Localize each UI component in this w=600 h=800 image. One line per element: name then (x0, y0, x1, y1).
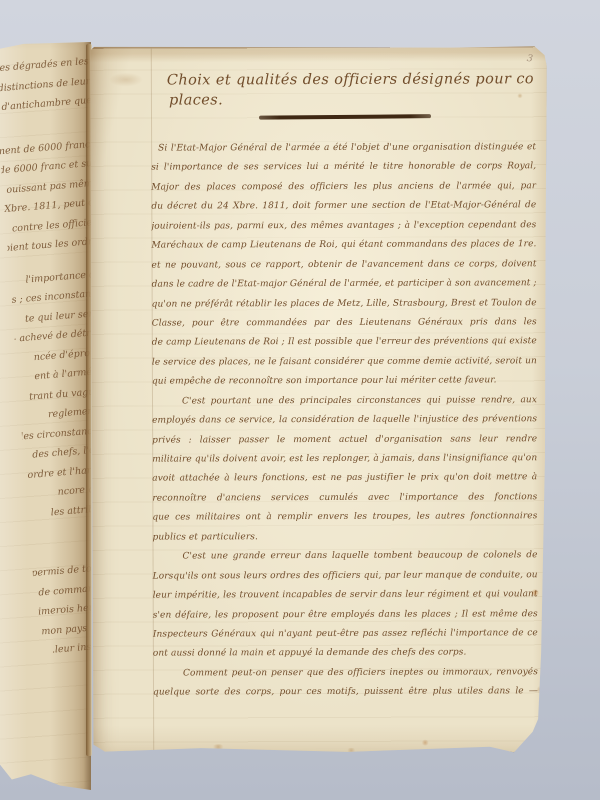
foxing-stain (537, 685, 544, 694)
paragraph: Comment peut-on penser que des officiers… (153, 663, 538, 703)
chapter-title-line-1: Choix et qualités des officiers désignés… (151, 69, 533, 91)
handwritten-line: Inspecteurs Généraux qui n'ayant peut-êt… (153, 624, 538, 645)
manuscript-photo: les dégradés en lesdistinctions de leuré… (0, 0, 600, 800)
handwritten-line: Maréchaux de camp Lieutenans de Roi, qui… (151, 235, 536, 256)
foxing-stain (211, 744, 225, 749)
foxing-stain (109, 73, 143, 87)
handwritten-line: leur impéritie, les trouvent incapables … (153, 585, 538, 606)
handwritten-line: le service des places, ne le faisant con… (152, 352, 537, 373)
handwritten-line: du décret du 24 Xbre. 1811, doit former … (151, 197, 536, 218)
facing-page-sliver: les dégradés en lesdistinctions de leuré… (0, 42, 91, 790)
handwritten-line: si l'importance de ses services lui a mé… (151, 158, 536, 179)
handwritten-line: reconnoître d'anciens services cumulés a… (152, 488, 537, 509)
handwritten-line: ont aussi donné la main et appuyé la dem… (153, 644, 538, 665)
handwritten-line: Classe, pour être commandées par des Lie… (152, 313, 537, 334)
page-number: 3 (526, 53, 533, 65)
handwritten-line: qui empêche de reconnoître son importanc… (152, 371, 537, 392)
manuscript-page: 3 Choix et qualités des officiers désign… (89, 45, 549, 754)
handwritten-line: militaire qu'ils doivent avoir, est les … (152, 449, 537, 470)
chapter-title-line-2: places. (151, 90, 533, 110)
left-fragment-block: les dégradés en lesdistinctions de leuré… (0, 52, 93, 118)
foxing-stain (421, 740, 429, 746)
paragraph: C'est une grande erreur dans laquelle to… (153, 546, 538, 664)
handwritten-line: que ces militaires ont à remplir envers … (152, 508, 537, 529)
handwritten-line: et ne pouvant, sous ce rapport, obtenir … (151, 255, 536, 276)
handwritten-line: s'en défaire, les proposent pour être em… (153, 605, 538, 626)
chapter-title: Choix et qualités des officiers désignés… (151, 69, 533, 119)
handwritten-line: Lorsqu'ils ont sous leurs ordres des off… (153, 566, 538, 587)
handwritten-line: quelque sorte des corps, pour ces motifs… (153, 682, 538, 703)
handwritten-line: privés : laisser passer le moment actuel… (152, 430, 537, 451)
handwritten-line: employés dans ce service, la considérati… (152, 410, 537, 431)
handwritten-line: C'est pourtant une des principales circo… (152, 391, 537, 412)
handwritten-line: publics et particuliers. (152, 527, 537, 548)
body-text: Si l'Etat-Major Général de l'armée a été… (151, 138, 538, 703)
handwritten-line: C'est une grande erreur dans laquelle to… (153, 546, 538, 567)
handwritten-line: avoit attachée à leurs fonctions, est ne… (152, 469, 537, 490)
foxing-stain (346, 748, 356, 753)
paragraph: C'est pourtant une des principales circo… (152, 391, 538, 548)
handwritten-line: dans le cadre de l'Etat-major Général de… (152, 274, 537, 295)
handwritten-line: Major des places composé des officiers l… (151, 177, 536, 198)
paragraph: Si l'Etat-Major Général de l'armée a été… (151, 138, 537, 392)
handwritten-line: qu'on ne préférât rétablir les places de… (152, 294, 537, 315)
handwritten-line: Si l'Etat-Major Général de l'armée a été… (151, 138, 536, 159)
handwritten-line: de camp Lieutenans de Roi ; Il est possi… (152, 333, 537, 354)
handwritten-line: Comment peut-on penser que des officiers… (153, 663, 538, 684)
handwritten-line: jouiroient-ils pas, parmi eux, des mêmes… (151, 216, 536, 237)
title-underline-rule (259, 114, 431, 119)
